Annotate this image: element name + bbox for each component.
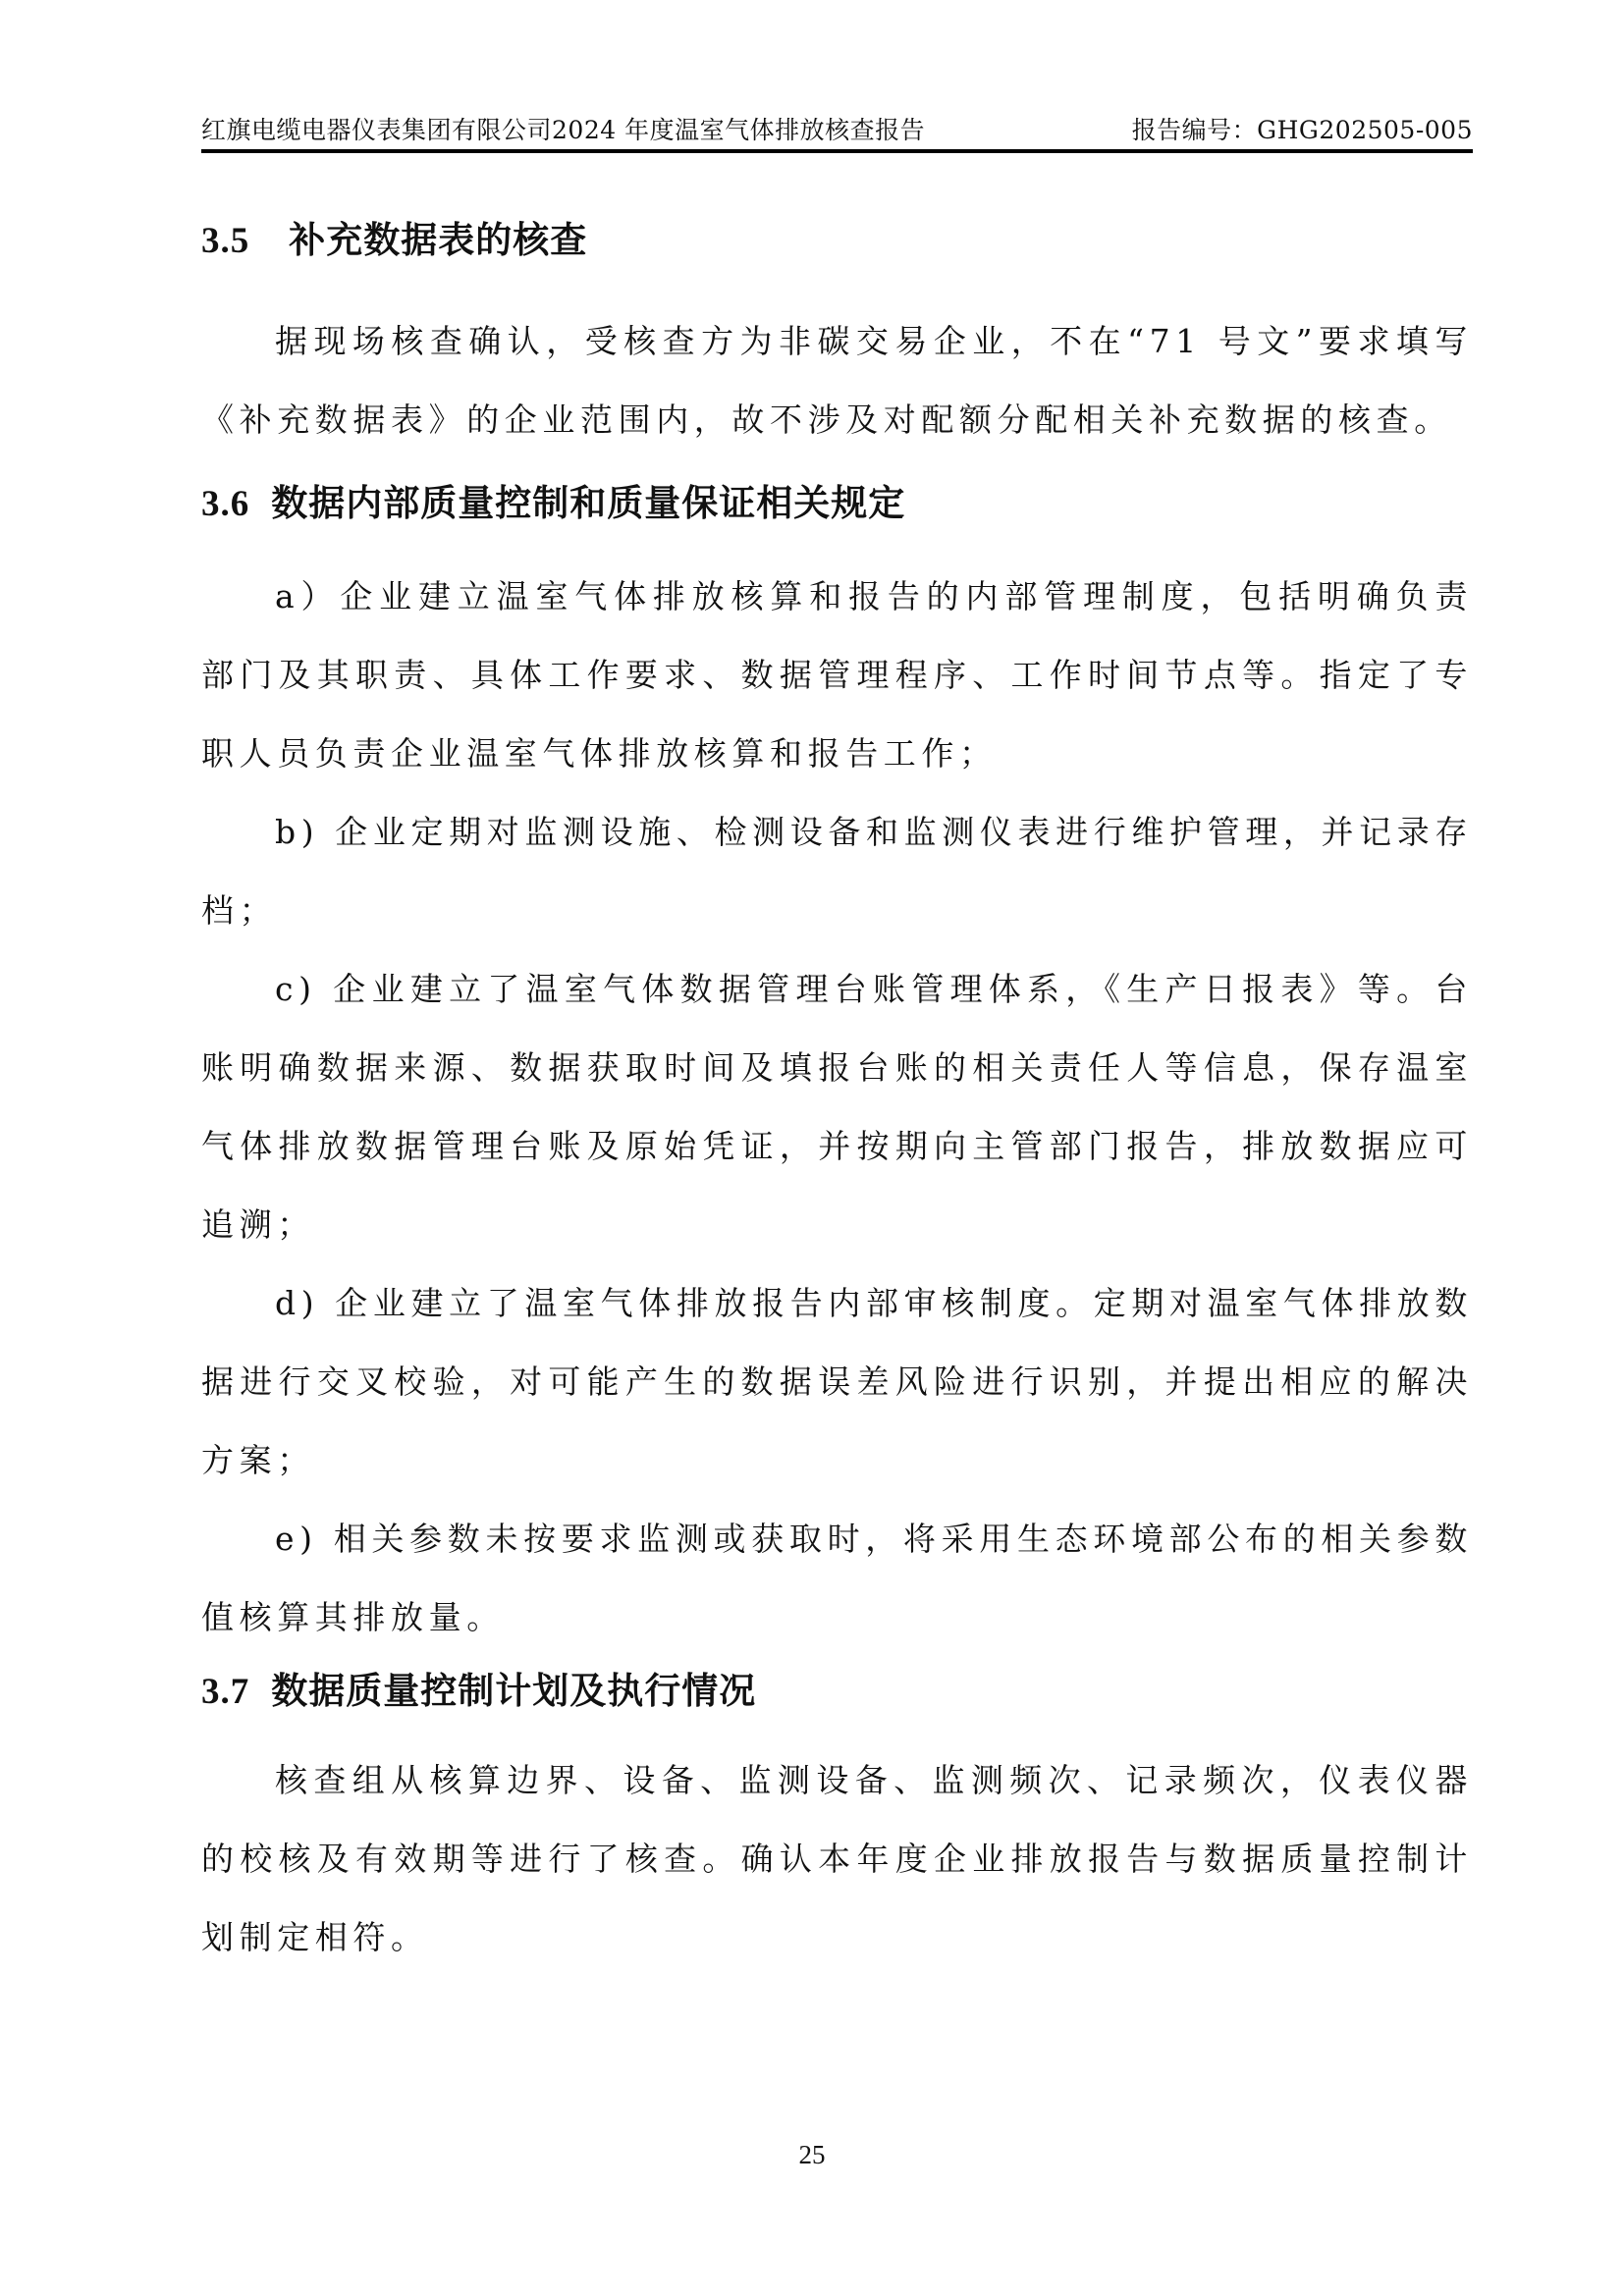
page-body: 3.5补充数据表的核查 据现场核查确认，受核查方为非碳交易企业，不在“71 号文… [201, 216, 1473, 1977]
section-title: 补充数据表的核查 [289, 218, 587, 261]
section-title: 数据质量控制计划及执行情况 [271, 1669, 756, 1712]
section-number: 3.5 [201, 221, 249, 261]
paragraph: 据现场核查确认，受核查方为非碳交易企业，不在“71 号文”要求填写《补充数据表》… [201, 302, 1473, 459]
section-title: 数据内部质量控制和质量保证相关规定 [271, 481, 905, 524]
section-number: 3.7 [201, 1672, 249, 1712]
section-heading: 3.5补充数据表的核查 [201, 216, 1473, 265]
section-heading: 3.6数据内部质量控制和质量保证相关规定 [201, 479, 1473, 528]
header-title: 红旗电缆电器仪表集团有限公司2024 年度温室气体排放核查报告 [201, 116, 925, 145]
paragraph-c: c) 企业建立了温室气体数据管理台账管理体系，《生产日报表》等。台账明确数据来源… [201, 950, 1473, 1264]
section-3-7: 3.7数据质量控制计划及执行情况 核查组从核算边界、设备、监测设备、监测频次、记… [201, 1667, 1473, 1977]
paragraph-a: a）企业建立温室气体排放核算和报告的内部管理制度，包括明确负责部门及其职责、具体… [201, 558, 1473, 793]
section-number: 3.6 [201, 484, 249, 524]
report-number: 报告编号：GHG202505-005 [1132, 116, 1473, 145]
section-3-5: 3.5补充数据表的核查 据现场核查确认，受核查方为非碳交易企业，不在“71 号文… [201, 216, 1473, 459]
section-heading: 3.7数据质量控制计划及执行情况 [201, 1667, 1473, 1716]
paragraph-b: b) 企业定期对监测设施、检测设备和监测仪表进行维护管理，并记录存档； [201, 793, 1473, 950]
paragraph: 核查组从核算边界、设备、监测设备、监测频次、记录频次，仪表仪器的校核及有效期等进… [201, 1741, 1473, 1977]
page-number: 25 [0, 2140, 1624, 2170]
section-3-6: 3.6数据内部质量控制和质量保证相关规定 a）企业建立温室气体排放核算和报告的内… [201, 479, 1473, 1657]
paragraph-e: e) 相关参数未按要求监测或获取时，将采用生态环境部公布的相关参数值核算其排放量… [201, 1500, 1473, 1657]
paragraph-d: d) 企业建立了温室气体排放报告内部审核制度。定期对温室气体排放数据进行交叉校验… [201, 1264, 1473, 1500]
running-header: 红旗电缆电器仪表集团有限公司2024 年度温室气体排放核查报告 报告编号：GHG… [201, 116, 1473, 153]
